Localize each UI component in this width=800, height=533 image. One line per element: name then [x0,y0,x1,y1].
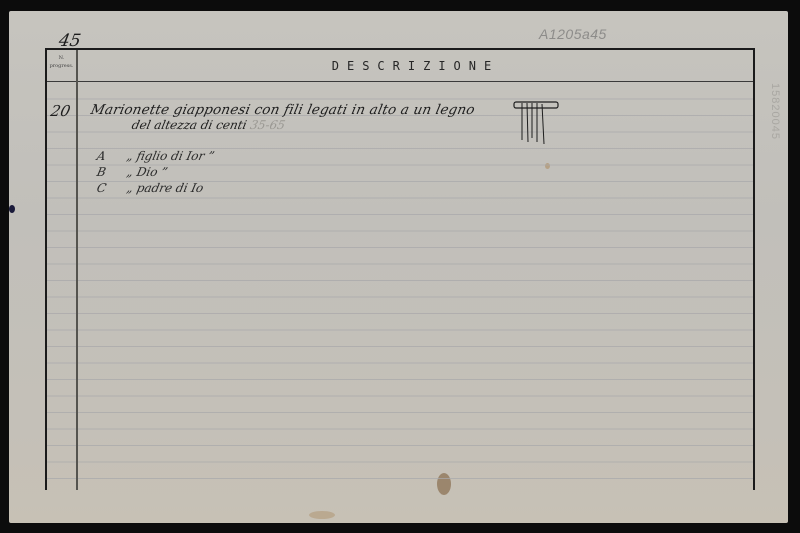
pencil-measurement: 35-65 [249,118,287,132]
entry-item-b: B „ Dio ” [96,165,169,179]
column-divider [76,50,78,490]
column-header-number: N. progress. [47,54,76,70]
register-table: N. progress. DESCRIZIONE 20 Marionette g… [45,48,755,490]
item-label: C [96,181,125,195]
marionette-sketch-icon [512,100,562,145]
column-header-description: DESCRIZIONE [78,59,753,73]
entry-item-a: A „ figlio di Ior ” [96,149,216,163]
entry-description-line1: Marionette giapponesi con fili legati in… [89,102,476,118]
item-label: B [96,165,125,179]
ink-blot [9,205,15,213]
description-text: del altezza di centi [131,118,248,132]
item-text: „ figlio di Ior ” [125,149,215,163]
header-number-line1: N. [47,54,76,62]
ruled-lines [47,83,753,490]
inventory-code: A1205a45 [539,26,607,42]
paper-stain [309,511,335,519]
side-stamp: 15820045 [769,83,781,140]
entry-item-c: C „ padre di Io [96,181,205,195]
item-label: A [96,149,125,163]
item-text: „ padre di Io [125,181,204,195]
item-text: „ Dio ” [125,165,169,179]
header-number-line2: progress. [47,62,76,70]
table-header: N. progress. DESCRIZIONE [47,50,753,82]
entry-number: 20 [49,102,72,120]
archive-card: 45 A1205a45 15820045 N. progress. DESCRI… [9,11,788,523]
entry-description-line2: del altezza di centi 35-65 [131,118,287,132]
